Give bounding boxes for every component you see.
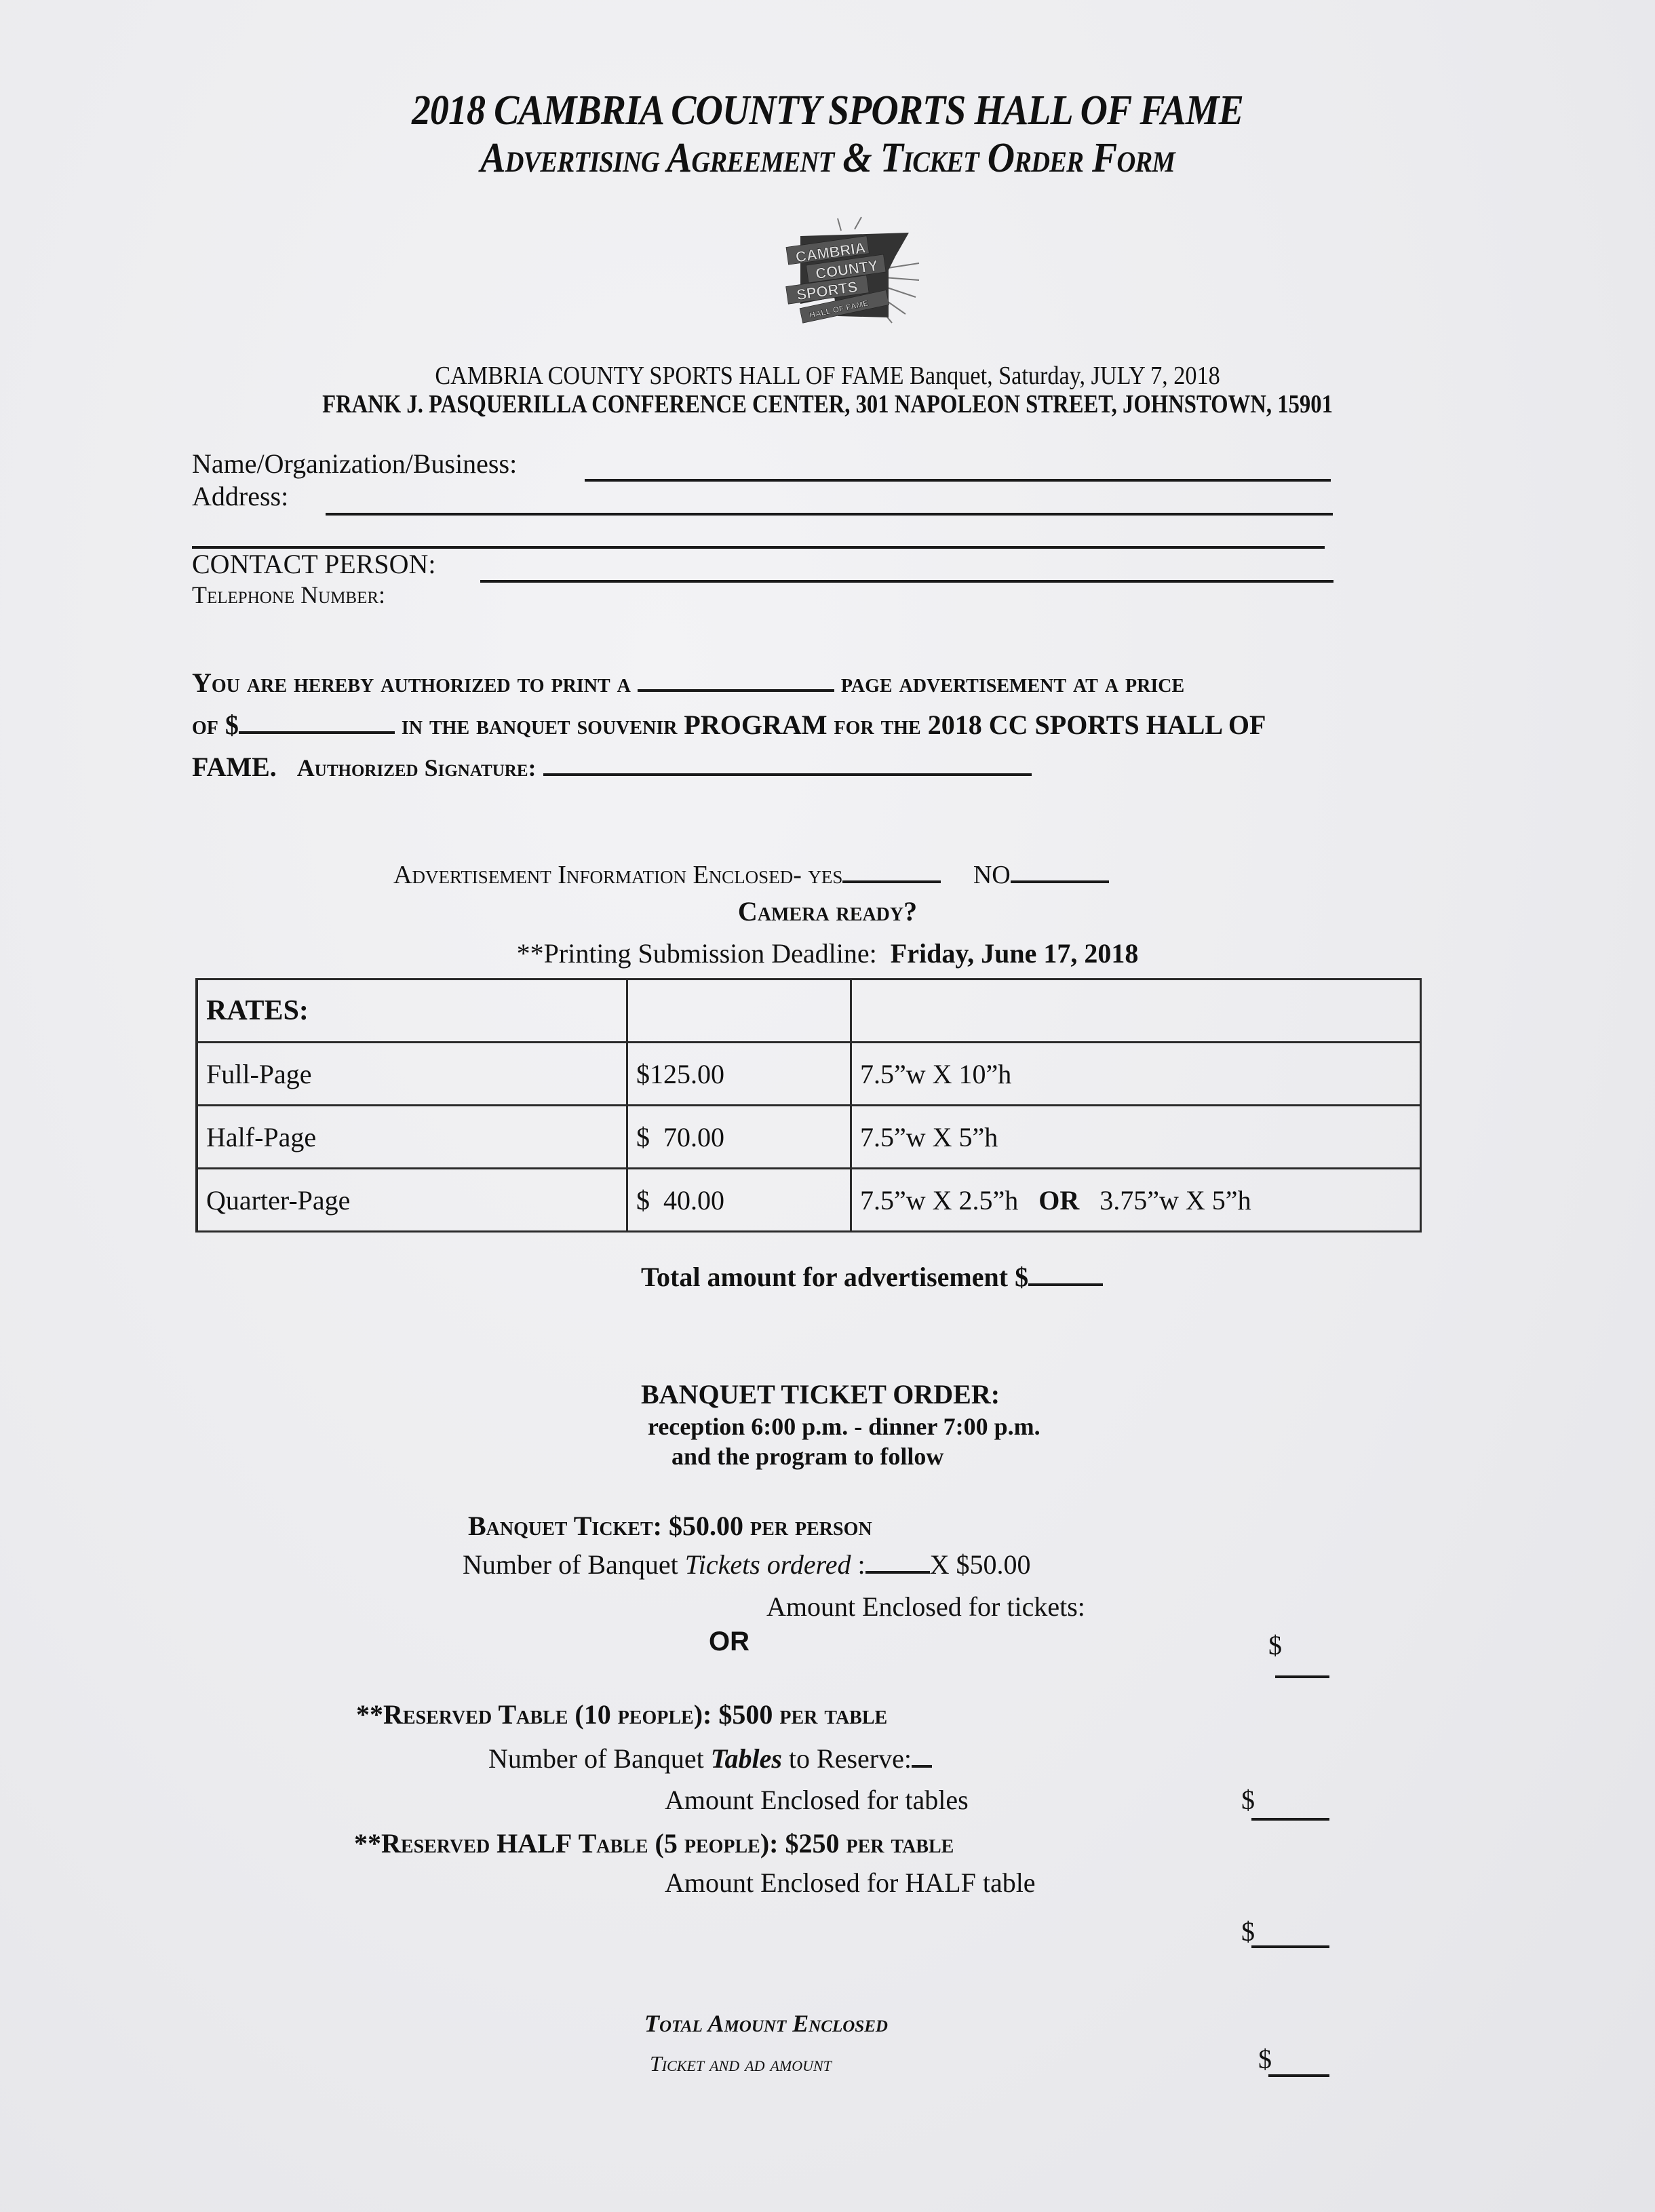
authorization-text-4: for the xyxy=(834,710,921,740)
price-field[interactable] xyxy=(239,707,395,734)
rate-type: Full-Page xyxy=(197,1043,627,1106)
rate-size-or: OR xyxy=(1038,1185,1079,1216)
tickets-quantity-field[interactable] xyxy=(865,1547,930,1574)
tables-reserve-label: Number of Banquet xyxy=(488,1743,711,1774)
contact-person-label: CONTACT PERSON: xyxy=(192,548,435,580)
rate-size-alternate: 3.75”w X 5”h xyxy=(1099,1185,1251,1216)
ad-total-field[interactable] xyxy=(1028,1259,1103,1286)
program-text: PROGRAM xyxy=(684,710,827,740)
tickets-ordered-colon: : xyxy=(851,1549,865,1580)
rate-type: Half-Page xyxy=(197,1106,627,1169)
deadline-row: **Printing Submission Deadline: Friday, … xyxy=(0,937,1655,969)
name-label: Name/Organization/Business: xyxy=(192,448,517,480)
or-separator: OR xyxy=(709,1627,749,1657)
rate-price: $125.00 xyxy=(627,1043,851,1106)
total-amount-label: Total Amount Enclosed xyxy=(644,2009,888,2038)
authorization-line-1: You are hereby authorized to print a pag… xyxy=(192,665,1184,699)
price-prefix: of $ xyxy=(192,710,239,740)
rate-size: 7.5”w X 5”h xyxy=(851,1106,1421,1169)
form-page: 2018 CAMBRIA COUNTY SPORTS HALL OF FAME … xyxy=(0,0,1655,2212)
camera-ready-question: Camera ready? xyxy=(0,895,1655,927)
tables-amount-field[interactable] xyxy=(1251,1818,1329,1821)
ad-info-no-field[interactable] xyxy=(1011,856,1109,883)
rate-size: 7.5”w X 10”h xyxy=(851,1043,1421,1106)
amount-tickets-label: Amount Enclosed for tickets: xyxy=(766,1591,1085,1623)
ticket-unit-price: X $50.00 xyxy=(930,1549,1031,1580)
ticket-price-label: Banquet Ticket: $50.00 per person xyxy=(468,1510,872,1542)
total-sub-label: Ticket and ad amount xyxy=(650,2051,832,2076)
tables-dollar-sign: $ xyxy=(1241,1784,1255,1816)
page-size-field[interactable] xyxy=(638,665,834,692)
amount-tables-label: Amount Enclosed for tables xyxy=(665,1784,969,1816)
banquet-heading: BANQUET TICKET ORDER: xyxy=(641,1378,1000,1410)
table-row: Half-Page $ 70.00 7.5”w X 5”h xyxy=(197,1106,1421,1169)
rates-header-row: RATES: xyxy=(197,979,1421,1043)
half-table-emphasis: HALF xyxy=(496,1828,572,1859)
authorization-text-3: in the banquet souvenir xyxy=(402,710,678,740)
tables-quantity-field[interactable] xyxy=(912,1741,932,1768)
tickets-ordered-row: Number of Banquet Tickets ordered :X $50… xyxy=(463,1547,1030,1580)
authorization-line-2: of $ in the banquet souvenir PROGRAM for… xyxy=(192,707,1266,741)
rate-size: 7.5”w X 2.5”h OR 3.75”w X 5”h xyxy=(851,1169,1421,1232)
tables-reserve-colon: to Reserve: xyxy=(782,1743,912,1774)
tickets-amount-row: $ xyxy=(1268,1629,1282,1661)
contact-person-field[interactable] xyxy=(480,580,1333,583)
half-table-label-suffix: Table (5 people): $250 per table xyxy=(572,1828,954,1859)
ad-info-no-label: NO xyxy=(973,861,1011,889)
ad-total-row: Total amount for advertisement $ xyxy=(641,1259,1103,1293)
total-dollar-sign: $ xyxy=(1258,2043,1272,2075)
rate-type: Quarter-Page xyxy=(197,1169,627,1232)
signature-label: Authorized Signature: xyxy=(297,754,537,781)
deadline-date: Friday, June 17, 2018 xyxy=(891,938,1139,969)
tables-reserve-row: Number of Banquet Tables to Reserve: xyxy=(488,1741,932,1774)
hall-of-fame-logo-icon: CAMBRIA COUNTY SPORTS HALL OF FAME xyxy=(760,216,922,324)
signature-field[interactable] xyxy=(543,749,1032,776)
rates-table: RATES: Full-Page $125.00 7.5”w X 10”h Ha… xyxy=(195,978,1422,1233)
authorization-text-2: page advertisement at a price xyxy=(841,667,1184,698)
banquet-program: and the program to follow xyxy=(671,1442,943,1471)
authorization-line-3: FAME. Authorized Signature: xyxy=(192,749,1032,783)
authorization-text: You are hereby authorized to print a xyxy=(192,667,631,698)
rates-header: RATES: xyxy=(197,979,627,1043)
tickets-amount-field[interactable] xyxy=(1275,1675,1329,1678)
table-row: Full-Page $125.00 7.5”w X 10”h xyxy=(197,1043,1421,1106)
rate-price: $ 40.00 xyxy=(627,1169,851,1232)
ad-info-enclosed-label: Advertisement Information Enclosed- yes xyxy=(393,861,842,889)
fame-text: FAME. xyxy=(192,752,277,782)
half-table-label: **Reserved HALF Table (5 people): $250 p… xyxy=(354,1827,954,1859)
total-amount-field[interactable] xyxy=(1268,2074,1329,2077)
address-field[interactable] xyxy=(326,513,1333,516)
event-date-line: CAMBRIA COUNTY SPORTS HALL OF FAME Banqu… xyxy=(83,361,1572,391)
banquet-schedule: reception 6:00 p.m. - dinner 7:00 p.m. xyxy=(648,1412,1040,1441)
ad-info-enclosed-row: Advertisement Information Enclosed- yes … xyxy=(393,856,1109,890)
half-dollar-sign: $ xyxy=(1241,1916,1255,1947)
dollar-sign: $ xyxy=(1268,1630,1282,1661)
reserved-table-label: **Reserved Table (10 people): $500 per t… xyxy=(356,1699,887,1730)
rate-price: $ 70.00 xyxy=(627,1106,851,1169)
ad-info-yes-field[interactable] xyxy=(842,856,941,883)
name-field[interactable] xyxy=(585,479,1331,482)
tables-emphasis: Tables xyxy=(711,1743,782,1774)
tickets-ordered-label: Number of Banquet xyxy=(463,1549,685,1580)
half-table-label-prefix: **Reserved xyxy=(354,1828,496,1859)
half-table-amount-field[interactable] xyxy=(1251,1945,1329,1948)
rate-size-primary: 7.5”w X 2.5”h xyxy=(860,1185,1018,1216)
authorization-text-5: 2018 CC SPORTS HALL OF xyxy=(928,710,1266,740)
address-label: Address: xyxy=(192,480,288,512)
venue-address-line: FRANK J. PASQUERILLA CONFERENCE CENTER, … xyxy=(116,389,1539,419)
tickets-ordered-emphasis: Tickets ordered xyxy=(685,1549,851,1580)
telephone-label: Telephone Number: xyxy=(192,581,385,609)
title-line-2: Advertising Agreement & Ticket Order For… xyxy=(83,134,1572,182)
ad-total-label: Total amount for advertisement $ xyxy=(641,1262,1028,1292)
deadline-label: **Printing Submission Deadline: xyxy=(517,938,877,969)
amount-half-label: Amount Enclosed for HALF table xyxy=(665,1867,1036,1899)
title-line-1: 2018 CAMBRIA COUNTY SPORTS HALL OF FAME xyxy=(83,87,1572,135)
table-row: Quarter-Page $ 40.00 7.5”w X 2.5”h OR 3.… xyxy=(197,1169,1421,1232)
